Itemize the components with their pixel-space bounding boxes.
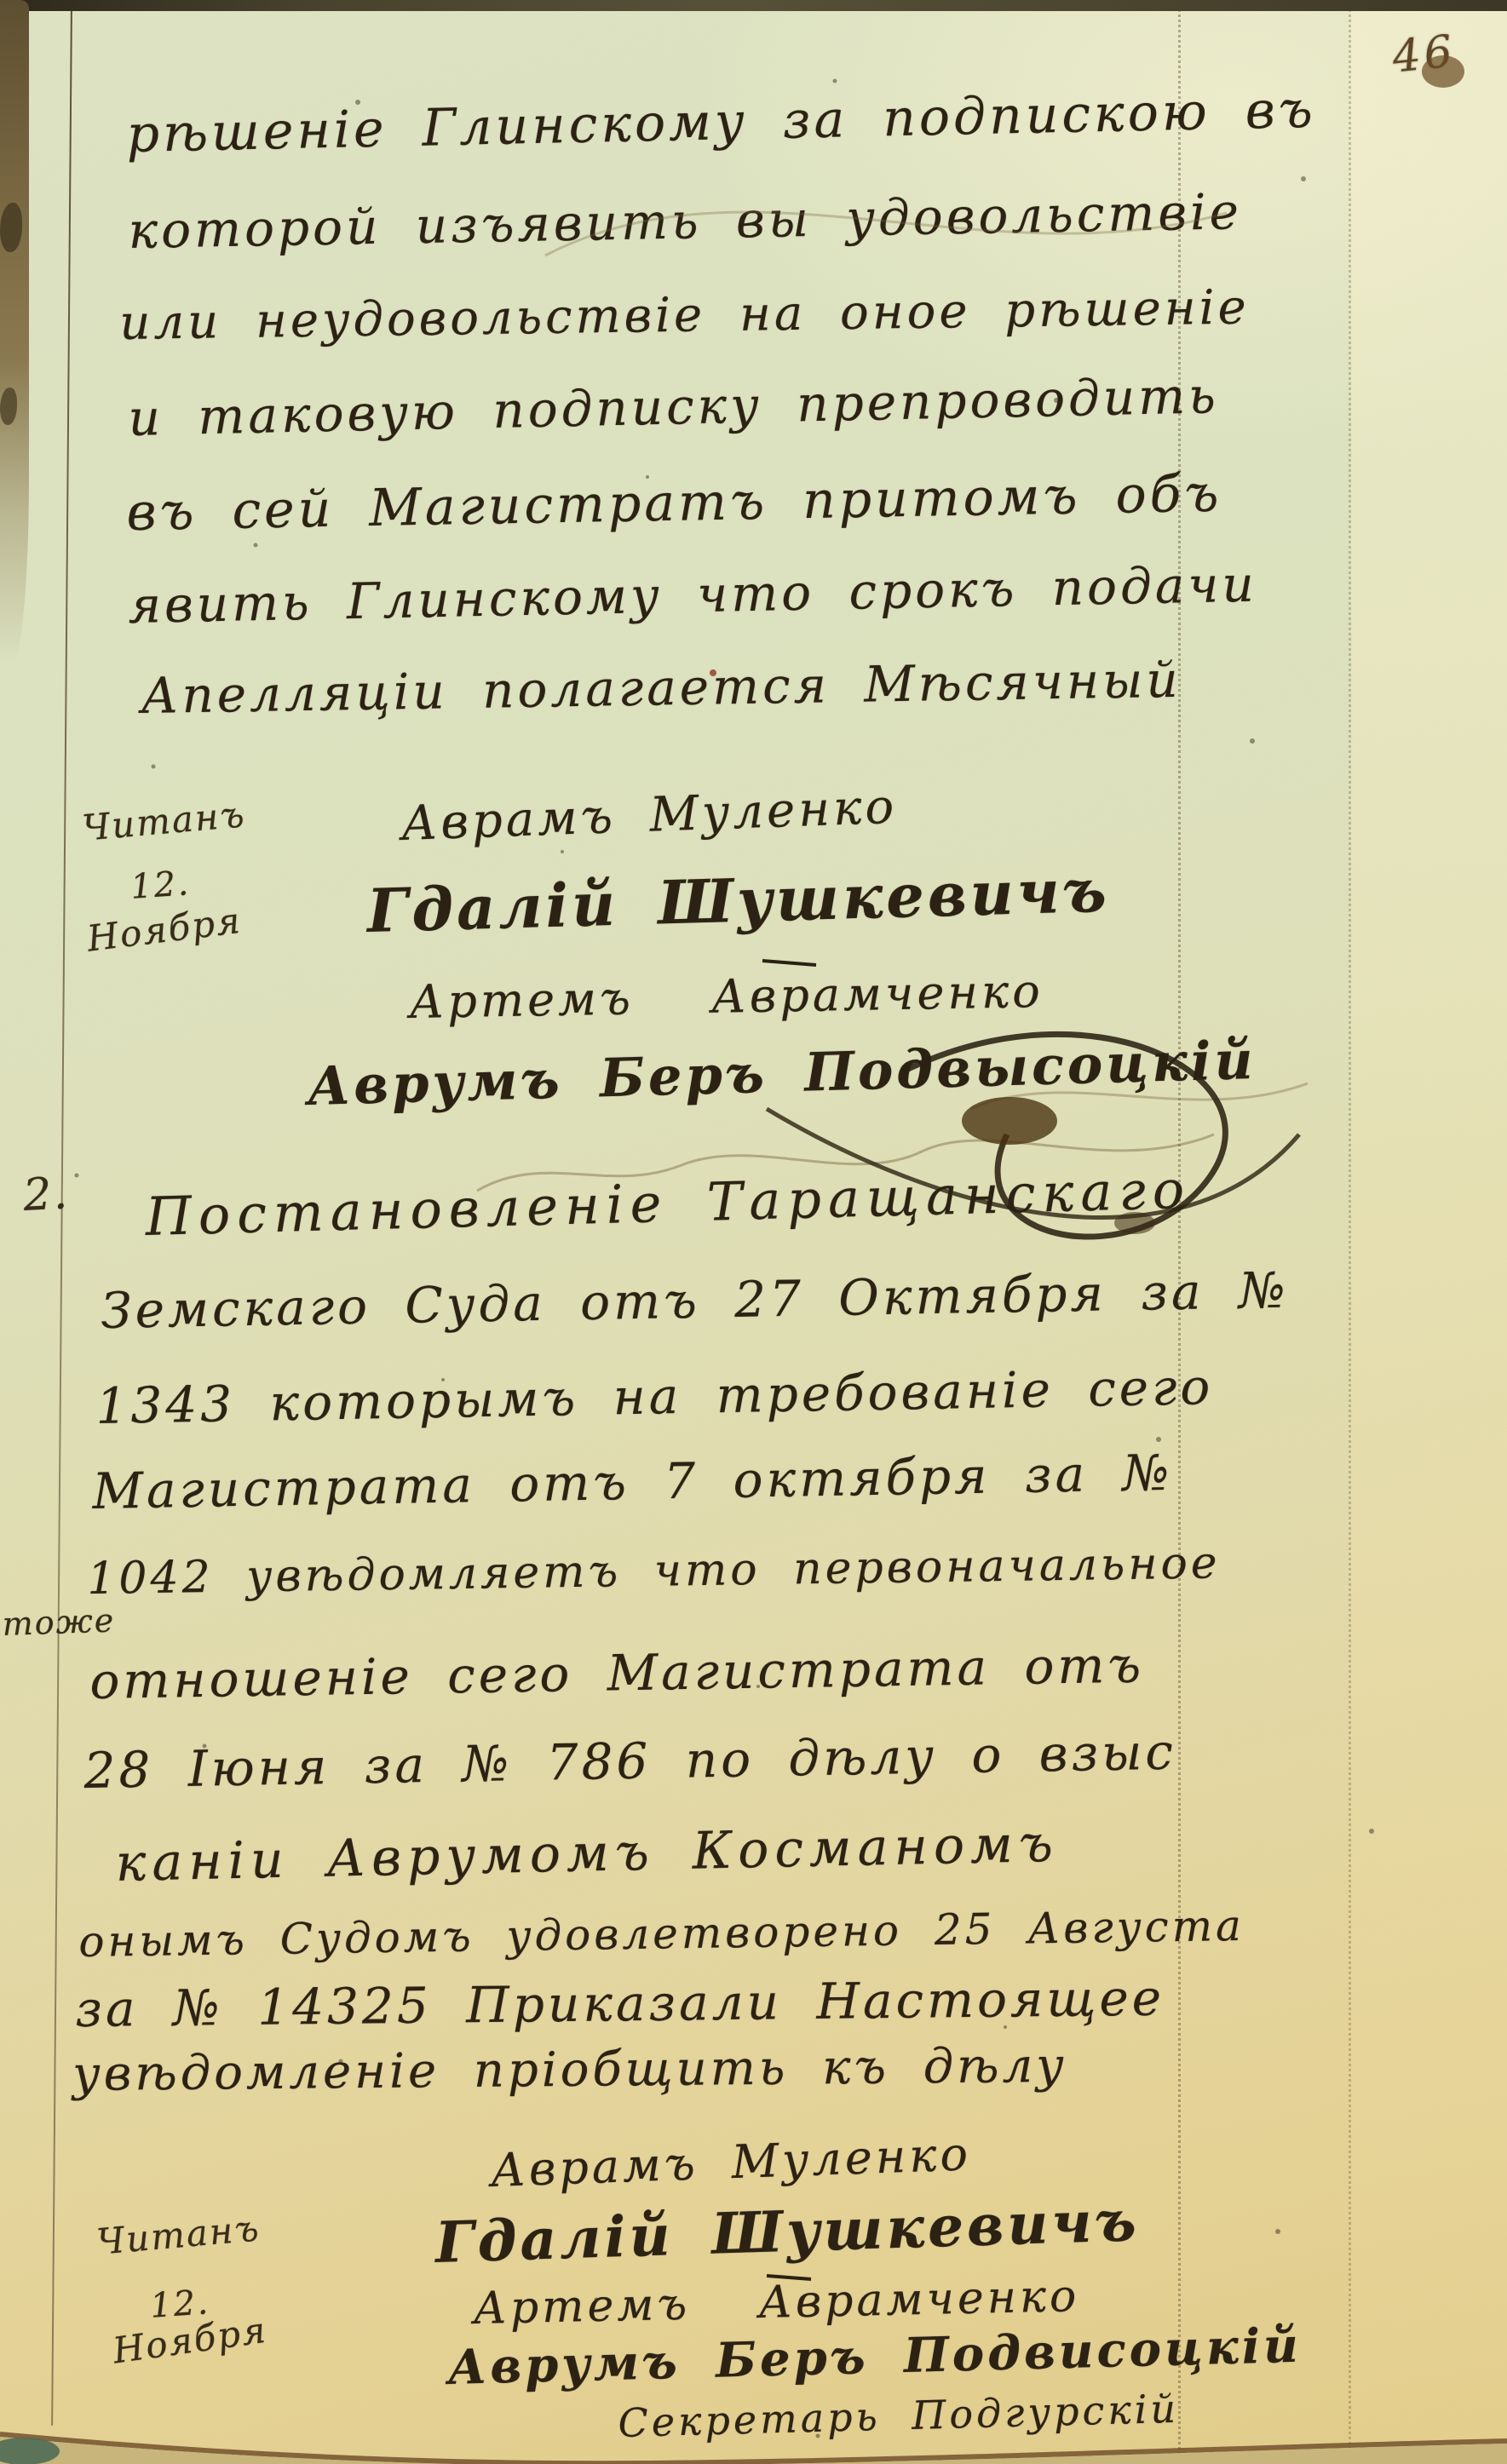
entry2-line: 1042 увѣдомляетъ что первоначальное xyxy=(87,1541,1221,1601)
signature: Артемъ Аврамченко xyxy=(473,2274,1080,2331)
entry2-line: за № 14325 Приказали Настоящее xyxy=(75,1973,1165,2034)
entry2-line: Земскаго Суда отъ 27 Октября за № xyxy=(101,1266,1289,1335)
entry2-line: каніи Аврумомъ Косманомъ xyxy=(115,1818,1059,1889)
entry1-line: и таковую подписку препроводить xyxy=(128,370,1219,443)
entry1-line: явить Глинскому что срокъ подачи xyxy=(128,560,1257,630)
entry1-line: въ сей Магистратъ притомъ объ xyxy=(126,468,1222,538)
entry2-line: Постановленіе Таращанскаго xyxy=(145,1163,1192,1243)
entry2-line: онымъ Судомъ удовлетворено 25 Августа xyxy=(78,1904,1245,1963)
binding-worn-edge xyxy=(0,0,29,664)
entry2-number: 2. xyxy=(22,1171,70,1218)
manuscript-page: 46 рѣшеніе Глинскому за подпискою въ кот… xyxy=(0,0,1507,2464)
folio-number: 46 xyxy=(1390,29,1458,79)
margin-note-read-date: Читанъ xyxy=(81,796,247,847)
margin-note-read-date: 12. xyxy=(129,866,191,905)
entry2-line: 1343 которымъ на требованіе сего xyxy=(95,1362,1214,1431)
margin-note-read-date: Ноября xyxy=(111,2312,269,2369)
signature: Гдалій Шушкевичъ xyxy=(434,2192,1140,2271)
torn-corner-fragment xyxy=(0,2438,60,2464)
margin-note-read-date: Читанъ xyxy=(95,2210,262,2260)
entry2-line: 28 Іюня за № 786 по дѣлу о взыс xyxy=(83,1727,1176,1795)
right-fold-line-2 xyxy=(1349,0,1351,2464)
margin-note-tozhe: тоже xyxy=(2,1604,116,1640)
signature: Гдалій Шушкевичъ xyxy=(366,861,1110,941)
secretary-verification-line: Секретарь Подгурскій xyxy=(618,2389,1180,2443)
entry1-line: которой изъявить вы удовольствіе xyxy=(128,187,1242,256)
page-top-edge xyxy=(0,0,1507,11)
entry2-line: Магистрата отъ 7 октября за № xyxy=(92,1448,1173,1516)
entry1-line: Апелляціи полагается Мѣсячный xyxy=(141,655,1182,721)
entry2-line: увѣдомленіе пріобщить къ дѣлу xyxy=(72,2042,1067,2099)
signature: Аврамъ Муленко xyxy=(400,784,898,848)
signature-underline xyxy=(762,961,816,965)
ink-blot xyxy=(962,1097,1057,1145)
margin-note-read-date: Ноября xyxy=(85,903,244,957)
signature: Аврамъ Муленко xyxy=(490,2131,972,2194)
signature: Артемъ Аврамченко xyxy=(409,968,1044,1025)
page-right-light-strip xyxy=(1351,0,1507,2464)
entry2-line: отношеніе сего Магистрата отъ xyxy=(89,1640,1144,1706)
signature: Аврумъ Беръ Подвысоцкій xyxy=(307,1034,1257,1113)
entry1-line: рѣшеніе Глинскому за подпискою въ xyxy=(126,84,1316,160)
entry1-line: или неудовольствіе на оное рѣшеніе xyxy=(119,284,1250,347)
